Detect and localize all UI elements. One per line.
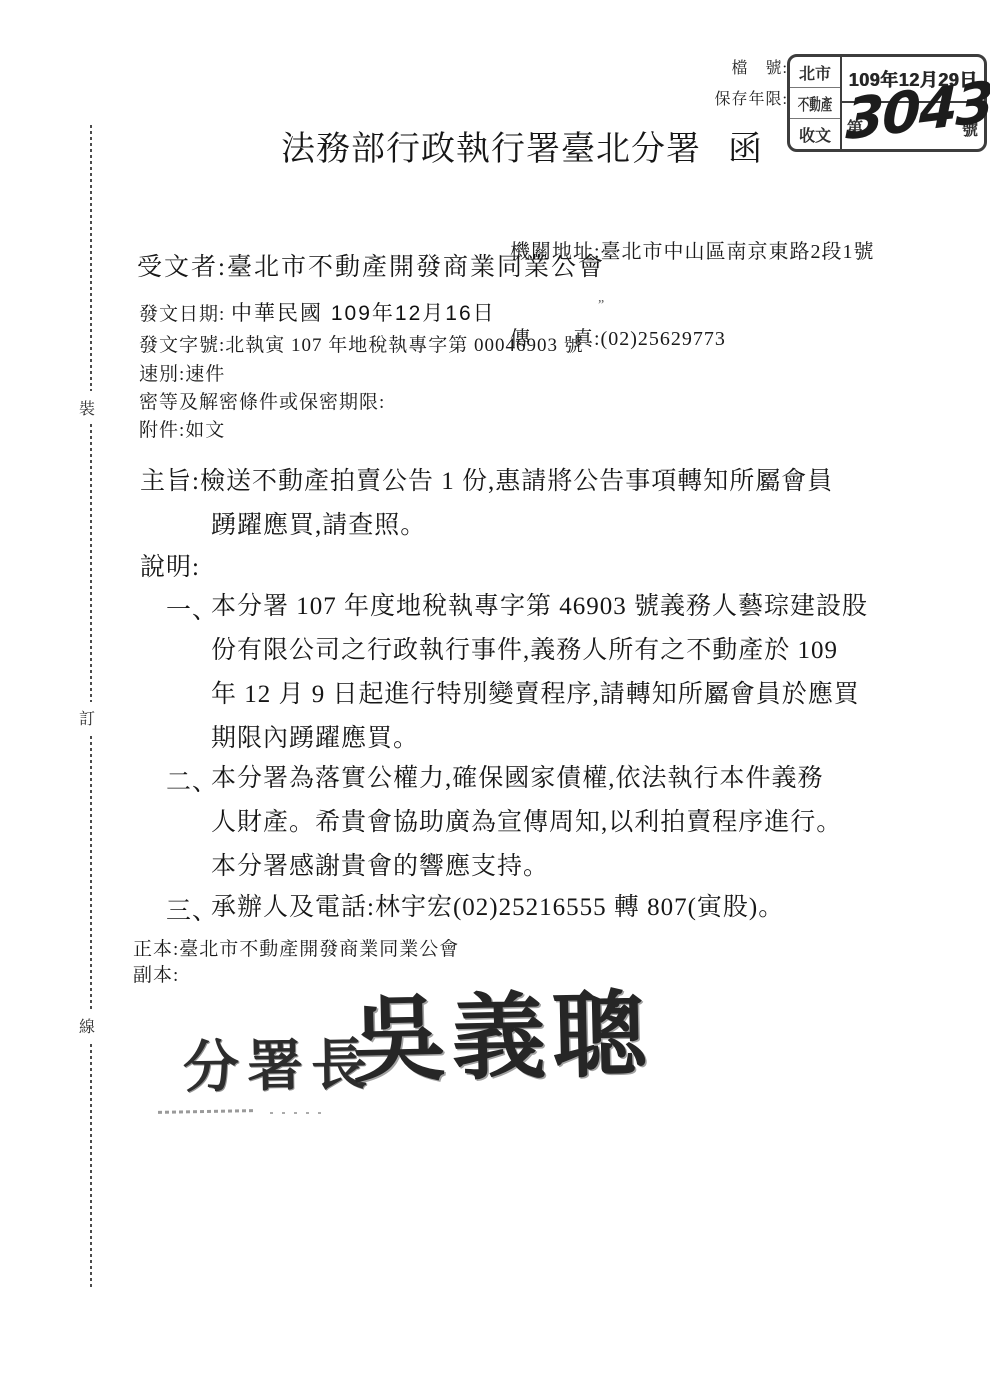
issue-date-value: 中華民國 109年12月16日 [231, 302, 496, 325]
signer-title: 分署長 [182, 1020, 375, 1103]
binding-dashed-line [90, 1044, 92, 1290]
issue-date-row: 發文日期: 中華民國 109年12月16日 [139, 297, 496, 327]
scanned-letter-page: 裝 訂 線 檔 號: 保存年限: 北市 不動產 收文 109年12月29日 第 … [0, 0, 990, 1400]
item-text-line: 期限內踴躍應買。 [211, 722, 868, 766]
item-text-line: 人財產。希貴會協助廣為宣傳周知,以利拍賣程序進行。 [211, 806, 842, 850]
explanation-item-2: 二、 本分署為落實公權力,確保國家債權,依法執行本件義務 人財產。希貴會協助廣為… [166, 762, 842, 894]
attachment-row: 附件:如文 [139, 415, 225, 442]
binding-char-ding: 訂 [79, 706, 95, 729]
agency-contact-block: 機關地址:臺北市中山區南京東路2段1號 傳 真:(02)25629773 [510, 180, 875, 412]
item-text-line: 本分署 107 年度地稅執專字第 46903 號義務人藝琮建設股 [211, 590, 868, 634]
file-number-label: 檔 號: [732, 55, 788, 78]
binding-char-zhuang: 裝 [79, 396, 95, 419]
binding-char-xian: 線 [79, 1014, 95, 1037]
doc-number-value: 北執寅 107 年地稅執專字第 00046903 號 [225, 335, 584, 356]
issue-date-label: 發文日期: [139, 304, 225, 325]
scan-smudge [270, 1112, 330, 1114]
subject-line-1: 主旨:檢送不動產拍賣公告 1 份,惠請將公告事項轉知所屬會員 [140, 461, 833, 497]
item-text-line: 本分署為落實公權力,確保國家債權,依法執行本件義務 [211, 762, 842, 806]
item-number: 一、 [166, 590, 218, 626]
item-number: 三、 [166, 891, 218, 927]
binding-dashed-line [90, 736, 92, 1010]
document-type: 函 [728, 131, 763, 168]
subject-label: 主旨: [140, 468, 200, 495]
copy-recipient-row: 副本: [133, 960, 179, 987]
attachment-label: 附件: [139, 420, 185, 441]
item-text-line: 本分署感謝貴會的響應支持。 [211, 850, 842, 894]
recipient-value: 臺北市不動產開發商業同業公會 [227, 254, 605, 281]
secrecy-row: 密等及解密條件或保密期限: [139, 387, 385, 414]
explanation-label: 說明: [140, 547, 200, 583]
binding-dashed-line [90, 424, 92, 702]
doc-number-row: 發文字號:北執寅 107 年地稅執專字第 00046903 號 [139, 330, 584, 357]
recipient-label: 受文者: [137, 254, 227, 281]
item-text-line: 承辦人及電話:林宇宏(02)25216555 轉 807(寅股)。 [211, 891, 784, 935]
item-text-line: 份有限公司之行政執行事件,義務人所有之不動產於 109 [211, 634, 868, 678]
original-label: 正本: [133, 939, 179, 960]
retention-period-label: 保存年限: [715, 86, 788, 109]
scan-artifact: ” [598, 298, 604, 314]
secrecy-label: 密等及解密條件或保密期限: [139, 392, 385, 413]
stamp-handwritten-number: 3043 [845, 75, 990, 150]
priority-value: 速件 [185, 364, 225, 385]
priority-row: 速別:速件 [139, 359, 225, 386]
copy-label: 副本: [133, 965, 179, 986]
signer-name: 吳義聰 [351, 985, 653, 1095]
subject-line-2: 踴躍應買,請查照。 [211, 505, 426, 541]
explanation-item-3: 三、 承辦人及電話:林宇宏(02)25216555 轉 807(寅股)。 [166, 891, 784, 935]
stamp-org-line: 收文 [790, 119, 840, 149]
subject-text: 檢送不動產拍賣公告 1 份,惠請將公告事項轉知所屬會員 [200, 468, 833, 495]
agency-name: 法務部行政執行署臺北分署 [281, 131, 701, 168]
item-text-line: 年 12 月 9 日起進行特別變賣程序,請轉知所屬會員於應買 [211, 678, 868, 722]
receipt-stamp-org: 北市 不動產 收文 [790, 57, 842, 149]
stamp-org-line: 北市 [790, 57, 840, 88]
binding-dashed-line [90, 125, 92, 391]
recipient-line: 受文者:臺北市不動產開發商業同業公會 [137, 247, 605, 283]
attachment-value: 如文 [185, 420, 225, 441]
original-recipient-row: 正本:臺北市不動產開發商業同業公會 [133, 934, 459, 961]
original-value: 臺北市不動產開發商業同業公會 [179, 939, 459, 960]
stamp-org-line: 不動產 [798, 92, 833, 115]
scan-smudge [158, 1109, 253, 1114]
item-number: 二、 [166, 762, 218, 798]
priority-label: 速別: [139, 364, 185, 385]
doc-number-label: 發文字號: [139, 335, 225, 356]
explanation-item-1: 一、 本分署 107 年度地稅執專字第 46903 號義務人藝琮建設股 份有限公… [166, 590, 868, 766]
document-title: 法務部行政執行署臺北分署函 [281, 121, 763, 170]
